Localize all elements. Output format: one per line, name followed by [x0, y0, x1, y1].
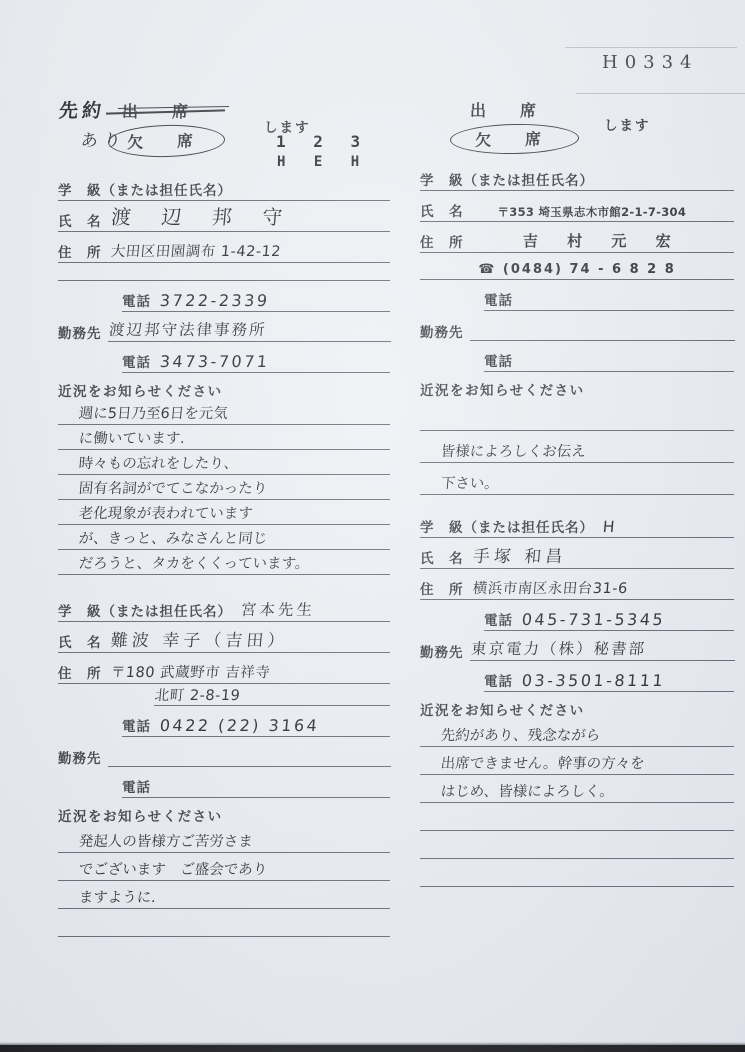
attend-option: 出 席: [470, 98, 545, 121]
scan-artifact-line: [565, 47, 737, 48]
news-line: だろうと、タカをくくっています。: [58, 550, 390, 575]
name-row: 氏 名 〒353 埼玉県志木市館2-1-7-304: [420, 191, 734, 222]
attend-option-struck: 出 席: [122, 99, 197, 122]
reply-column-right: 出 席 欠 席 します 学 級（または担任氏名） 氏 名 〒353 埼玉県志木市…: [420, 98, 734, 887]
phone-value: 03-3501-8111: [521, 671, 736, 690]
reply-column-left: 先約 あり 出 席 欠 席 します 1 2 3 H E H 学 級（または担任氏…: [58, 94, 390, 937]
document-id: H0334: [602, 52, 699, 73]
workplace-value: 東京電力（株）秘書部: [470, 637, 737, 661]
news-text: 老化現象が表われています: [78, 502, 254, 523]
news-line: はじめ、皆様によろしく。: [420, 775, 734, 803]
phone-label: 電話: [484, 670, 513, 690]
reply-form-right-2: 学 級（または担任氏名） H 氏 名 手塚 和昌 住 所 横浜市南区永田台31-…: [420, 507, 734, 887]
phone-row-1: 電話: [484, 280, 734, 311]
name-row: 氏 名 手塚 和昌: [420, 538, 734, 569]
reply-form-right-1: 学 級（または担任氏名） 氏 名 〒353 埼玉県志木市館2-1-7-304 住…: [420, 160, 734, 495]
news-text: だろうと、タカをくくっています。: [78, 552, 310, 573]
news-text: 出席できません。幹事の方々を: [440, 752, 646, 773]
phone-value: 0422 (22) 3164: [159, 716, 392, 735]
absent-option-circled: 欠 席: [450, 123, 580, 155]
phone-row-1: 電話 0422 (22) 3164: [122, 706, 390, 737]
news-line: 固有名詞がでてこなかったり: [58, 475, 390, 500]
news-text: でございます ご盛会であり: [78, 858, 268, 879]
scan-artifact-line: [576, 93, 745, 94]
class-label: 学 級（または担任氏名）: [58, 179, 232, 199]
class-row: 学 級（または担任氏名）: [420, 160, 734, 191]
news-text: 時々もの忘れをしたり、: [78, 452, 239, 473]
attendance-header-left: 先約 あり 出 席 欠 席 します 1 2 3 H E H: [58, 94, 390, 170]
phone-row-2: 電話: [122, 767, 390, 798]
class-label: 学 級（または担任氏名）: [58, 600, 232, 620]
news-label: 近況をお知らせください: [58, 803, 390, 825]
phone-row-2: 電話: [484, 341, 734, 372]
news-line: [420, 399, 734, 431]
address-label: 住 所: [58, 241, 102, 261]
printed-name: 吉 村 元 宏: [472, 230, 735, 251]
name-label: 氏 名: [58, 210, 102, 230]
class-label: 学 級（または担任氏名）: [420, 516, 594, 536]
news-text: ますように.: [78, 886, 157, 907]
address-row: 住 所 大田区田園調布 1-42-12: [58, 232, 390, 263]
news-line: [58, 909, 390, 937]
workplace-value: 渡辺邦守法律事務所: [108, 318, 393, 342]
stamp-letters: H E H: [277, 154, 369, 170]
handwritten-note-sakiyaku: 先約: [58, 96, 106, 123]
scanned-reply-form-page: H0334 先約 あり 出 席 欠 席 します 1 2 3 H E H 学 級（…: [0, 0, 745, 1052]
phone-label: 電話: [122, 290, 151, 310]
phone-row-1: 電話 045-731-5345: [484, 600, 734, 631]
phone-label: 電話: [122, 776, 151, 796]
address-label: 住 所: [420, 578, 464, 598]
printed-phone: ☎ (0484) 74 - 6 8 2 8: [420, 262, 734, 279]
address-value: 〒180 武蔵野市 吉祥寺: [110, 661, 392, 682]
news-line: 皆様によろしくお伝え: [420, 431, 734, 463]
phone-row-2: 電話 03-3501-8111: [484, 661, 734, 692]
phone-label: 電話: [484, 350, 513, 370]
address-value: 横浜市南区永田台31-6: [472, 577, 736, 598]
reply-form-left-2: 学 級（または担任氏名） 宮本先生 氏 名 難波 幸子（吉田） 住 所 〒180…: [58, 591, 390, 937]
class-row: 学 級（または担任氏名） 宮本先生: [58, 591, 390, 622]
news-line: 週に5日乃至6日を元気: [58, 400, 390, 425]
address-sticker: 〒353 埼玉県志木市館2-1-7-304: [472, 204, 735, 220]
name-value: 渡 辺 邦 守: [110, 201, 393, 230]
phone-row-2: 電話 3473-7071: [122, 342, 390, 373]
workplace-label: 勤務先: [58, 747, 102, 767]
news-line: 出席できません。幹事の方々を: [420, 747, 734, 775]
news-line: でございます ご盛会であり: [58, 853, 390, 881]
news-line: 老化現象が表われています: [58, 500, 390, 525]
news-line: が、きっと、みなさんと同じ: [58, 525, 390, 550]
workplace-row: 勤務先 渡辺邦守法律事務所: [58, 312, 390, 342]
news-text: が、きっと、みなさんと同じ: [78, 527, 268, 548]
news-line: [420, 803, 734, 831]
workplace-label: 勤務先: [420, 641, 464, 661]
phone-value: [159, 795, 390, 796]
workplace-value: [470, 338, 735, 341]
name-label: 氏 名: [420, 200, 464, 220]
news-text: 固有名詞がでてこなかったり: [78, 477, 268, 498]
news-line: 下さい。: [420, 463, 734, 495]
news-line: 先約があり、残念ながら: [420, 719, 734, 747]
news-text: 下さい。: [440, 472, 500, 493]
workplace-value: [108, 764, 391, 767]
name-label: 氏 名: [420, 547, 464, 567]
news-line: に働いています.: [58, 425, 390, 450]
phone-label: 電話: [122, 715, 151, 735]
workplace-row: 勤務先: [420, 311, 734, 341]
address-label: 住 所: [420, 231, 464, 251]
news-line: [420, 831, 734, 859]
class-value: 宮本先生: [240, 598, 392, 620]
news-label: 近況をお知らせください: [420, 377, 734, 399]
news-text: 先約があり、残念ながら: [440, 724, 601, 745]
class-row: 学 級（または担任氏名）: [58, 170, 390, 201]
name-row: 氏 名 渡 辺 邦 守: [58, 201, 390, 232]
ruled-line: [58, 263, 390, 281]
phone-value: [521, 308, 734, 309]
news-label: 近況をお知らせください: [58, 378, 390, 400]
phone-label: 電話: [484, 289, 513, 309]
name-value: 難波 幸子（吉田）: [110, 626, 393, 651]
news-line: [420, 859, 734, 887]
news-text: はじめ、皆様によろしく。: [440, 780, 615, 801]
phone-value: 045-731-5345: [521, 610, 736, 629]
address-label: 住 所: [58, 662, 102, 682]
news-text: 発起人の皆様方ご苦労さま: [78, 830, 254, 851]
news-label: 近況をお知らせください: [420, 697, 734, 719]
phone-row-1: 電話 3722-2339: [122, 281, 390, 312]
class-label: 学 級（または担任氏名）: [420, 169, 594, 189]
name-row: 氏 名 難波 幸子（吉田）: [58, 622, 390, 653]
address-row-2: 北町 2-8-19: [154, 684, 390, 706]
phone-value: 3722-2339: [159, 291, 392, 310]
phone-label: 電話: [484, 609, 513, 629]
name-label: 氏 名: [58, 631, 102, 651]
stamp-numbers: 1 2 3: [276, 132, 369, 151]
address-row: 住 所 横浜市南区永田台31-6: [420, 569, 734, 600]
phone-value: [521, 369, 734, 370]
phone-value: 3473-7071: [159, 352, 392, 371]
address-row: 住 所 吉 村 元 宏: [420, 222, 734, 253]
workplace-row: 勤務先: [58, 737, 390, 767]
news-text: 皆様によろしくお伝え: [440, 440, 587, 461]
class-value: H: [602, 518, 736, 536]
address-value: 大田区田園調布 1-42-12: [110, 240, 392, 261]
reply-form-left-1: 学 級（または担任氏名） 氏 名 渡 辺 邦 守 住 所 大田区田園調布 1-4…: [58, 170, 390, 575]
scan-bottom-edge: [0, 1045, 745, 1052]
workplace-row: 勤務先 東京電力（株）秘書部: [420, 631, 734, 661]
workplace-label: 勤務先: [420, 321, 464, 341]
class-value: [240, 198, 390, 199]
workplace-label: 勤務先: [58, 322, 102, 342]
address-value-2: 北町 2-8-19: [154, 684, 241, 705]
phone-label: 電話: [122, 351, 151, 371]
shimasu-label: します: [604, 114, 651, 134]
address-row: 住 所 〒180 武蔵野市 吉祥寺: [58, 653, 390, 684]
class-value: [602, 188, 734, 189]
attendance-header-right: 出 席 欠 席 します: [420, 98, 734, 160]
printed-phone-row: ☎ (0484) 74 - 6 8 2 8: [420, 253, 734, 280]
news-text: に働いています.: [78, 427, 186, 448]
news-line: 発起人の皆様方ご苦労さま: [58, 825, 390, 853]
news-line: ますように.: [58, 881, 390, 909]
news-line: 時々もの忘れをしたり、: [58, 450, 390, 475]
name-value: 手塚 和昌: [472, 542, 737, 567]
news-text: 週に5日乃至6日を元気: [78, 402, 229, 423]
class-row: 学 級（または担任氏名） H: [420, 507, 734, 538]
